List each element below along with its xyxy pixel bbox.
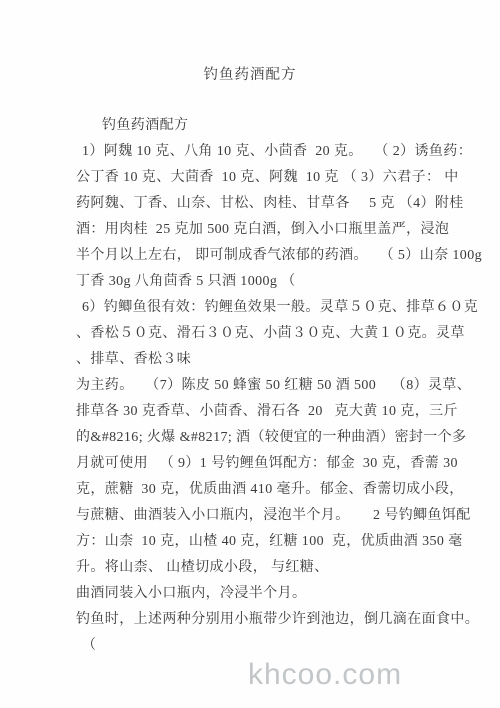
text-line: 排草各 30 克香草、小茴香、滑石各 20 克大黄 10 克，三斤: [76, 399, 476, 425]
document-body: 钓鱼药酒配方 1）阿魏 10 克、八角 10 克、小茴香 20 克。 （ 2）诱…: [76, 113, 476, 659]
document-title: 钓鱼药酒配方: [0, 63, 500, 84]
text-line: 药阿魏、丁香、山奈、甘松、肉桂、甘草各 5 克 （4）附桂: [76, 191, 476, 217]
text-line: 为主药。 （7）陈皮 50 蜂蜜 50 红糖 50 酒 500 （8）灵草、: [76, 373, 476, 399]
text-line: 6）钓鲫鱼很有效：钓鲤鱼效果一般。灵草５０克、排草６０克: [76, 295, 476, 321]
document-page: 钓鱼药酒配方 钓鱼药酒配方 1）阿魏 10 克、八角 10 克、小茴香 20 克…: [0, 0, 500, 708]
text-line: 丁香 30g 八角茴香 5 只酒 1000g （: [76, 269, 476, 295]
text-line: 半个月以上左右， 即可制成香气浓郁的药酒。 （ 5）山奈 100g: [76, 243, 476, 269]
text-line: 酒：用肉桂 25 克加 500 克白酒，倒入小口瓶里盖严，浸泡: [76, 217, 476, 243]
text-line: 月就可使用 （ 9）1 号钓鲤鱼饵配方：郁金 30 克，香薷 30: [76, 451, 476, 477]
text-line: 方：山柰 10 克，山楂 40 克，红糖 100 克，优质曲酒 350 毫: [76, 529, 476, 555]
text-line: 的&#8216; 火爆 &#8217; 酒（较便宜的一种曲酒）密封一个多: [76, 425, 476, 451]
text-line: 升。将山柰、 山楂切成小段， 与红糖、: [76, 555, 476, 581]
text-line: 钓鱼时，上述两种分别用小瓶带少许到池边，倒几滴在面食中。: [76, 607, 476, 633]
text-line: 、排草、香松３味: [76, 347, 476, 373]
text-line: 克，蔗糖 30 克，优质曲酒 410 毫升。郁金、香薷切成小段，: [76, 477, 476, 503]
watermark: khcoo.com: [248, 658, 402, 692]
text-line: 曲酒同装入小口瓶内，冷浸半个月。: [76, 581, 476, 607]
text-line: 钓鱼药酒配方: [76, 113, 476, 139]
text-line: 1）阿魏 10 克、八角 10 克、小茴香 20 克。 （ 2）诱鱼药：: [76, 139, 476, 165]
text-line: 与蔗糖、曲酒装入小口瓶内，浸泡半个月。 2 号钓鲫鱼饵配: [76, 503, 476, 529]
text-line: 公丁香 10 克、大茴香 10 克、阿魏 10 克 （ 3）六君子： 中: [76, 165, 476, 191]
text-line: （: [76, 633, 476, 659]
text-line: 、香松５０克、滑石３０克、小茴３０克、大黄１０克。灵草: [76, 321, 476, 347]
